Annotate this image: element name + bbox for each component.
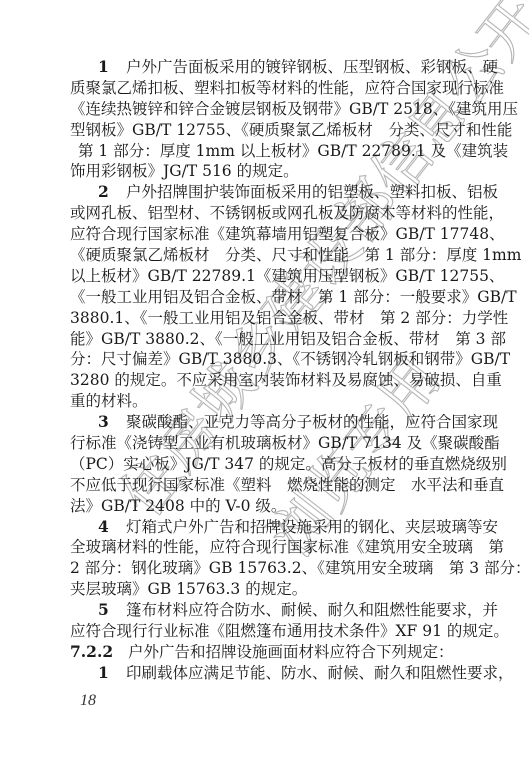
text-line: 分：尺寸偏差》GB/T 3880.3、《不锈钢冷轧钢板和钢带》GB/T [70,349,462,370]
body-text: 1户外广告面板采用的镀锌钢板、压型钢板、彩钢板、硬 质聚氯乙烯扣板、塑料扣板等材… [70,57,462,684]
text-line: 第 1 部分：厚度 1mm 以上板材》GB/T 22789.1 及《建筑装 [70,141,462,162]
text-line: 饰用彩钢板》JG/T 516 的规定。 [70,161,462,182]
text-line: 3聚碳酸酯、亚克力等高分子板材的性能，应符合国家现 [70,412,462,433]
text-line: 型钢板》GB/T 12755、《硬质聚氯乙烯板材 分类、尺寸和性能 [70,120,462,141]
line-text: 篷布材料应符合防水、耐候、耐久和阻燃性能要求，并 [126,601,498,619]
item-number: 3 [98,412,126,433]
text-line: （PC）实心板》JG/T 347 的规定。高分子板材的垂直燃烧级别 [70,454,462,475]
page-number: 18 [80,692,96,710]
item-number: 4 [98,517,126,538]
text-line: 《连续热镀锌和锌合金镀层钢板及钢带》GB/T 2518、《建筑用压 [70,99,462,120]
text-line: 3880.1、《一般工业用铝及铝合金板、带材 第 2 部分：力学性 [70,308,462,329]
text-line: 法》GB/T 2408 中的 V-0 级。 [70,496,462,517]
text-line: 5篷布材料应符合防水、耐候、耐久和阻燃性能要求，并 [70,600,462,621]
line-text: 户外招牌围护装饰面板采用的铝塑板、塑料扣板、铝板 [126,183,498,201]
item-number: 1 [98,663,126,684]
section-number: 7.2.2 [70,642,128,663]
item-number: 2 [98,182,126,203]
text-line: 2 部分：钢化玻璃》GB 15763.2、《建筑用安全玻璃 第 3 部分： [70,558,462,579]
text-line: 1户外广告面板采用的镀锌钢板、压型钢板、彩钢板、硬 [70,57,462,78]
text-line: 全玻璃材料的性能，应符合现行国家标准《建筑用安全玻璃 第 [70,537,462,558]
text-line: 能》GB/T 3880.2、《一般工业用铝及铝合金板、带材 第 3 部 [70,329,462,350]
text-line: 《一般工业用铝及铝合金板、带材 第 1 部分：一般要求》GB/T [70,287,462,308]
line-text: 户外广告面板采用的镀锌钢板、压型钢板、彩钢板、硬 [126,58,498,76]
section-heading: 7.2.2户外广告和招牌设施画面材料应符合下列规定： [70,642,462,663]
text-line: 质聚氯乙烯扣板、塑料扣板等材料的性能，应符合国家现行标准 [70,78,462,99]
text-line: 3280 的规定。不应采用室内装饰材料及易腐蚀、易破损、自重 [70,370,462,391]
text-line: 行标准《浇铸型工业有机玻璃板材》GB/T 7134 及《聚碳酸酯 [70,433,462,454]
item-number: 1 [98,57,126,78]
text-line: 或网孔板、铝型材、不锈钢板或网孔板及防腐木等材料的性能， [70,203,462,224]
text-line: 以上板材》GB/T 22789.1《建筑用压型钢板》GB/T 12755、 [70,266,462,287]
text-line: 应符合现行行业标准《阻燃篷布通用技术条件》XF 91 的规定。 [70,621,462,642]
document-page: 住房城乡建设部信息公开 浏览专用 1户外广告面板采用的镀锌钢板、压型钢板、彩钢板… [0,0,529,767]
text-line: 应符合现行国家标准《建筑幕墙用铝塑复合板》GB/T 17748、 [70,224,462,245]
text-line: 4灯箱式户外广告和招牌设施采用的钢化、夹层玻璃等安 [70,517,462,538]
text-line: 1印刷载体应满足节能、防水、耐候、耐久和阻燃性要求， [70,663,462,684]
line-text: 聚碳酸酯、亚克力等高分子板材的性能，应符合国家现 [126,413,498,431]
text-line: 2户外招牌围护装饰面板采用的铝塑板、塑料扣板、铝板 [70,182,462,203]
text-line: 夹层玻璃》GB 15763.3 的规定。 [70,579,462,600]
item-number: 5 [98,600,126,621]
text-line: 不应低于现行国家标准《塑料 燃烧性能的测定 水平法和垂直 [70,475,462,496]
line-text: 印刷载体应满足节能、防水、耐候、耐久和阻燃性要求， [126,664,514,682]
text-line: 重的材料。 [70,391,462,412]
text-line: 《硬质聚氯乙烯板材 分类、尺寸和性能 第 1 部分：厚度 1mm [70,245,462,266]
line-text: 灯箱式户外广告和招牌设施采用的钢化、夹层玻璃等安 [126,518,498,536]
line-text: 户外广告和招牌设施画面材料应符合下列规定： [128,643,454,661]
